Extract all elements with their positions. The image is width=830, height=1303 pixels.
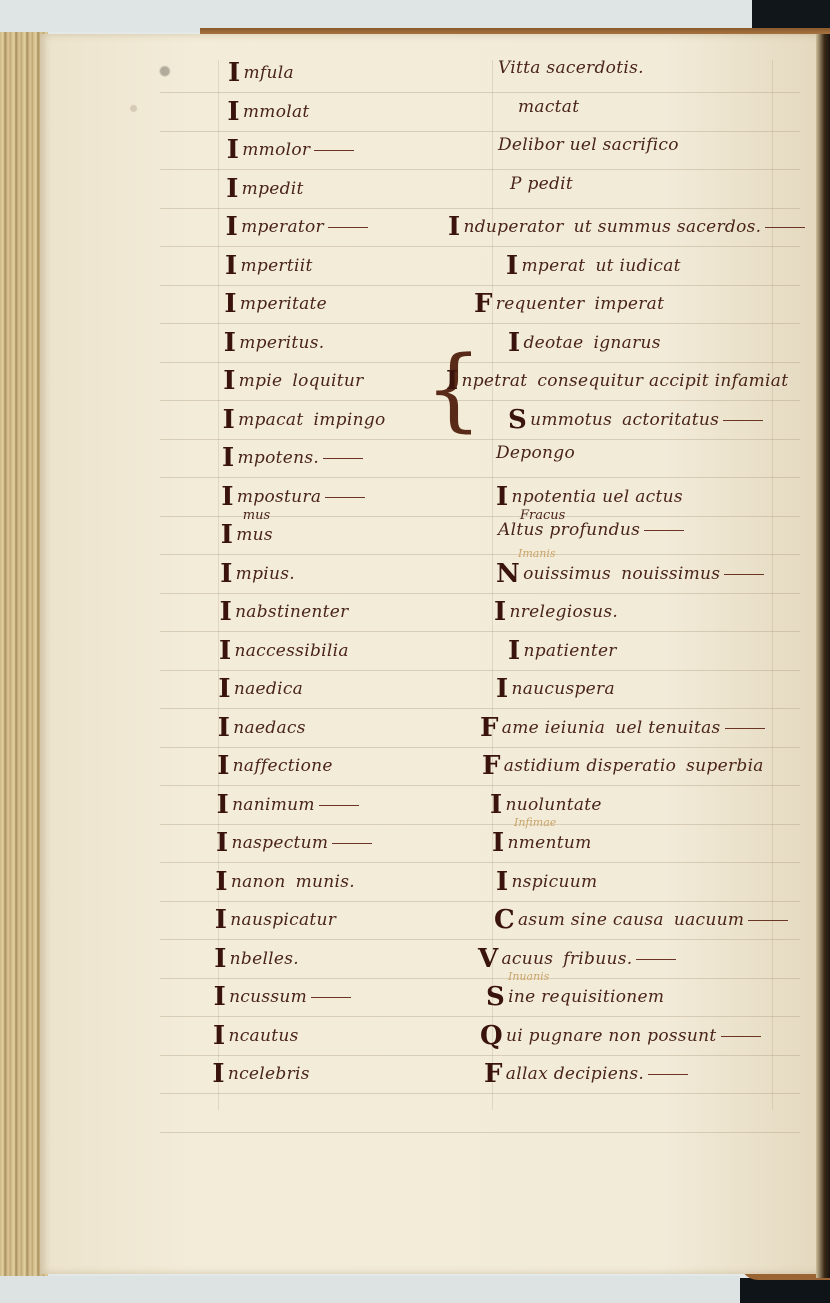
lemma-text: naedica: [234, 679, 303, 699]
lemma-text: mpostura: [237, 487, 321, 507]
rubricated-initial: I: [217, 751, 229, 781]
glossary-entry: Inspicuum: [496, 867, 597, 897]
rubricated-initial: I: [226, 174, 238, 204]
rubricated-initial: I: [220, 559, 232, 589]
rubricated-initial: I: [448, 212, 460, 242]
rubricated-initial: C: [494, 905, 515, 935]
glossary-entry: Inabstinenter: [220, 597, 349, 627]
lemma-text: mmolor: [242, 140, 310, 160]
line-filler-stroke: [724, 574, 764, 575]
line-filler-stroke: [748, 920, 788, 921]
lemma-text: nuoluntate: [505, 795, 601, 815]
ruled-line: [160, 978, 800, 979]
rubricated-initial: I: [219, 636, 231, 666]
rubricated-initial: I: [496, 867, 508, 897]
rubricated-initial: I: [215, 905, 227, 935]
lemma-text: mus: [236, 525, 273, 545]
lemma-text: P pedit: [510, 174, 573, 194]
lemma-text: Vitta sacerdotis.: [498, 58, 644, 78]
rubricated-initial: I: [227, 97, 239, 127]
rubricated-initial: F: [480, 713, 499, 743]
lemma-text: Altus profundus: [498, 520, 640, 540]
ruled-line: [160, 1055, 800, 1056]
rubricated-initial: I: [496, 482, 508, 512]
photo-backdrop-bottom: [0, 1276, 740, 1303]
glossary-entry: mactat: [518, 97, 579, 117]
lemma-text: mperat: [521, 256, 585, 276]
glossary-entry: Fastidium disperatiosuperbia: [482, 751, 764, 781]
line-filler-stroke: [328, 227, 368, 228]
glossary-entry: Inanimum: [217, 790, 359, 820]
interlinear-gloss: Fracus: [520, 508, 565, 523]
glossary-entry: Imperatut iudicat: [506, 251, 681, 281]
rubricated-initial: I: [227, 135, 239, 165]
line-filler-stroke: [319, 805, 359, 806]
lemma-text: asum sine causa: [518, 910, 664, 930]
lemma-text: mpius.: [236, 564, 295, 584]
lemma-text: nauspicatur: [230, 910, 336, 930]
ruled-line: [160, 131, 800, 132]
photo-backdrop-dark-corner-bottom: [740, 1278, 830, 1303]
rubricated-initial: I: [221, 520, 233, 550]
lemma-text: naedacs: [233, 718, 306, 738]
lemma-text: mfula: [243, 63, 293, 83]
rubricated-initial: S: [508, 405, 527, 435]
lemma-text: nabstinenter: [235, 602, 349, 622]
glossary-entry: Fallax decipiens.: [484, 1059, 688, 1089]
glossary-entry: Imperitate: [224, 289, 327, 319]
glossary-entry: Inmentum: [492, 828, 592, 858]
lemma-text: nduperator: [463, 217, 563, 237]
ruled-line: [160, 593, 800, 594]
lemma-text: ncussum: [229, 987, 307, 1007]
lemma-text: Depongo: [496, 443, 575, 463]
photo-backdrop-dark-corner: [752, 0, 830, 30]
glossary-entry: Imus: [221, 520, 273, 550]
ruled-line: [160, 477, 800, 478]
rubricated-initial: F: [474, 289, 493, 319]
ruled-line: [160, 785, 800, 786]
ruled-line: [160, 285, 800, 286]
lemma-text: npatienter: [523, 641, 616, 661]
lemma-text: mpertiit: [240, 256, 312, 276]
rubricated-initial: Q: [480, 1021, 503, 1051]
lemma-text: mactat: [518, 97, 579, 117]
line-filler-stroke: [721, 1036, 761, 1037]
gloss-text: ut summus sacerdos.: [574, 217, 762, 237]
glossary-entry: Induperatorut summus sacerdos.: [448, 212, 805, 242]
glossary-entry: Inaspectum: [216, 828, 372, 858]
rubricated-initial: I: [492, 828, 504, 858]
rubricated-initial: I: [213, 1021, 225, 1051]
rubricated-initial: I: [225, 251, 237, 281]
line-filler-stroke: [325, 497, 365, 498]
rubricated-initial: I: [226, 212, 238, 242]
lemma-text: nspicuum: [511, 872, 597, 892]
line-filler-stroke: [723, 420, 763, 421]
glossary-entry: Vacuusfribuus.: [478, 944, 676, 974]
lemma-text: ine requisitionem: [508, 987, 664, 1007]
lemma-text: naspectum: [231, 833, 328, 853]
glossary-entry: Impertiit: [225, 251, 313, 281]
line-filler-stroke: [323, 458, 363, 459]
gloss-text: uel tenuitas: [615, 718, 720, 738]
lemma-text: ncelebris: [228, 1064, 310, 1084]
glossary-entry: Inaedacs: [218, 713, 306, 743]
interlinear-gloss: Infimae: [514, 816, 556, 829]
glossary-entry: Frequenterimperat: [474, 289, 664, 319]
rubricated-initial: I: [506, 251, 518, 281]
ruled-line: [160, 1132, 800, 1133]
ruled-line: [160, 92, 800, 93]
lemma-text: acuus: [501, 949, 553, 969]
lemma-text: nrelegiosus.: [509, 602, 618, 622]
glossary-entry: Imperator: [226, 212, 368, 242]
rubricated-initial: I: [217, 790, 229, 820]
glossary-entry: Summotusactoritatus: [508, 405, 763, 435]
gloss-text: impingo: [314, 410, 386, 430]
line-filler-stroke: [644, 530, 684, 531]
rubricated-initial: S: [486, 982, 505, 1012]
rubricated-initial: I: [212, 1059, 224, 1089]
lemma-text: requenter: [496, 294, 585, 314]
ruled-line: [160, 862, 800, 863]
glossary-entry: Immolat: [227, 97, 309, 127]
ruled-line: [160, 939, 800, 940]
ruled-line: [160, 708, 800, 709]
glossary-entry: Inaedica: [218, 674, 303, 704]
rubricated-initial: V: [478, 944, 498, 974]
rubricated-initial: F: [484, 1059, 503, 1089]
rubricated-initial: I: [446, 366, 458, 396]
glossary-entry: Imfula: [228, 58, 294, 88]
glossary-entry: Incelebris: [212, 1059, 309, 1089]
rubricated-initial: I: [508, 328, 520, 358]
ruled-line: [160, 323, 800, 324]
rubricated-initial: I: [218, 713, 230, 743]
lemma-text: mpedit: [242, 179, 304, 199]
lemma-text: nanimum: [232, 795, 315, 815]
gloss-text: fribuus.: [563, 949, 632, 969]
rubricated-initial: I: [216, 828, 228, 858]
gloss-text: superbia: [686, 756, 764, 776]
interlinear-gloss: Inuanis: [508, 970, 549, 983]
lemma-text: nanon: [231, 872, 286, 892]
rubricated-initial: I: [228, 58, 240, 88]
glossary-entry: Impius.: [220, 559, 295, 589]
glossary-entry: Nouissimusnouissimus: [496, 559, 764, 589]
ruled-line: [160, 747, 800, 748]
rubricated-initial: I: [224, 328, 236, 358]
lemma-text: naucuspera: [511, 679, 614, 699]
glossary-entry: Inpotentia uel actus: [496, 482, 683, 512]
glossary-entry: Casum sine causauacuum: [494, 905, 788, 935]
gloss-text: imperat: [595, 294, 665, 314]
glossary-entry: Inauspicatur: [215, 905, 336, 935]
rubricated-initial: I: [496, 674, 508, 704]
lemma-text: ummotus: [530, 410, 612, 430]
lemma-text: deotae: [523, 333, 583, 353]
glossary-entry: Altus profundus: [498, 520, 684, 540]
line-filler-stroke: [311, 997, 351, 998]
glossary-entry: Qui pugnare non possunt: [480, 1021, 761, 1051]
glossary-entry: Immolor: [227, 135, 355, 165]
lemma-text: astidium disperatio: [504, 756, 676, 776]
ruled-line: [160, 670, 800, 671]
gloss-text: ut iudicat: [595, 256, 680, 276]
ruled-line: [160, 1016, 800, 1017]
page-gutter-shadow: [816, 34, 830, 1278]
glossary-entry: Ideotaeignarus: [508, 328, 661, 358]
rubricated-initial: I: [508, 636, 520, 666]
ruled-line: [160, 208, 800, 209]
lemma-text: Delibor uel sacrifico: [498, 135, 679, 155]
line-filler-stroke: [765, 227, 805, 228]
line-filler-stroke: [314, 150, 354, 151]
lemma-text: ncautus: [228, 1026, 298, 1046]
glossary-entry: Impieloquitur: [223, 366, 363, 396]
glossary-entry: Inaccessibilia: [219, 636, 349, 666]
glossary-entry: P pedit: [510, 174, 573, 194]
glossary-entry: Impotens.: [222, 443, 363, 473]
rubricated-initial: I: [214, 982, 226, 1012]
glossary-entry: Incautus: [213, 1021, 299, 1051]
ruled-line: [160, 554, 800, 555]
gloss-text: actoritatus: [622, 410, 719, 430]
gloss-text: munis.: [296, 872, 355, 892]
lemma-text: naccessibilia: [234, 641, 348, 661]
lemma-text: ame ieiunia: [502, 718, 605, 738]
lemma-text: nbelles.: [230, 949, 299, 969]
lemma-text: mpie: [239, 371, 283, 391]
rubricated-initial: I: [222, 443, 234, 473]
glossary-entry: Inuoluntate: [490, 790, 602, 820]
lemma-text: naffectione: [233, 756, 333, 776]
lemma-text: mperitus.: [239, 333, 324, 353]
rubricated-initial: F: [482, 751, 501, 781]
lemma-text: mpacat: [238, 410, 303, 430]
ruled-line: [160, 246, 800, 247]
rubricated-initial: I: [490, 790, 502, 820]
glossary-entry: Vitta sacerdotis.: [498, 58, 644, 78]
glossary-entry: Inpatienter: [508, 636, 617, 666]
lemma-text: ui pugnare non possunt: [506, 1026, 717, 1046]
glossary-entry: Inaucuspera: [496, 674, 615, 704]
lemma-text: nmentum: [507, 833, 591, 853]
lemma-text: ouissimus: [523, 564, 611, 584]
rubricated-initial: I: [224, 289, 236, 319]
rubricated-initial: N: [496, 559, 520, 589]
gloss-text: nouissimus: [621, 564, 720, 584]
ruled-line: [160, 169, 800, 170]
glossary-entry: Fame ieiuniauel tenuitas: [480, 713, 765, 743]
glossary-entry: Impacatimpingo: [223, 405, 386, 435]
glossary-entry: Impedit: [226, 174, 303, 204]
glossary-entry: Inaffectione: [217, 751, 333, 781]
interlinear-gloss: Imanis: [518, 547, 556, 560]
ruled-line: [160, 901, 800, 902]
gloss-text: uacuum: [674, 910, 744, 930]
rubricated-initial: I: [215, 867, 227, 897]
lemma-text: mperitate: [240, 294, 327, 314]
glossary-entry: Inpetratconsequitur accipit infamiat: [446, 366, 788, 396]
rubricated-initial: I: [218, 674, 230, 704]
glossary-entry: Depongo: [496, 443, 575, 463]
interlinear-gloss: mus: [243, 508, 270, 523]
rubricated-initial: I: [223, 405, 235, 435]
rubricated-initial: I: [221, 482, 233, 512]
lemma-text: npetrat: [461, 371, 527, 391]
lemma-text: allax decipiens.: [506, 1064, 644, 1084]
glossary-entry: Incussum: [214, 982, 352, 1012]
lemma-text: mpotens.: [237, 448, 319, 468]
gloss-text: ignarus: [593, 333, 660, 353]
glossary-entry: Inbelles.: [214, 944, 299, 974]
rubricated-initial: I: [214, 944, 226, 974]
gloss-text: loquitur: [292, 371, 363, 391]
line-filler-stroke: [332, 843, 372, 844]
line-filler-stroke: [648, 1074, 688, 1075]
glossary-entry: Inrelegiosus.: [494, 597, 618, 627]
glossary-entry: Imperitus.: [224, 328, 325, 358]
lemma-text: npotentia uel actus: [511, 487, 682, 507]
rubricated-initial: I: [494, 597, 506, 627]
lemma-text: mperator: [241, 217, 324, 237]
lemma-text: mmolat: [243, 102, 310, 122]
ruled-line: [160, 824, 800, 825]
ruled-line: [160, 631, 800, 632]
glossary-entry: Impostura: [221, 482, 365, 512]
line-filler-stroke: [725, 728, 765, 729]
glossary-entry: Delibor uel sacrifico: [498, 135, 679, 155]
glossary-entry: Sine requisitionem: [486, 982, 664, 1012]
rubricated-initial: I: [223, 366, 235, 396]
line-filler-stroke: [636, 959, 676, 960]
gloss-text: consequitur accipit infamiat: [537, 371, 788, 391]
rubricated-initial: I: [220, 597, 232, 627]
ruled-line: [160, 1093, 800, 1094]
glossary-entry: Inanonmunis.: [215, 867, 355, 897]
